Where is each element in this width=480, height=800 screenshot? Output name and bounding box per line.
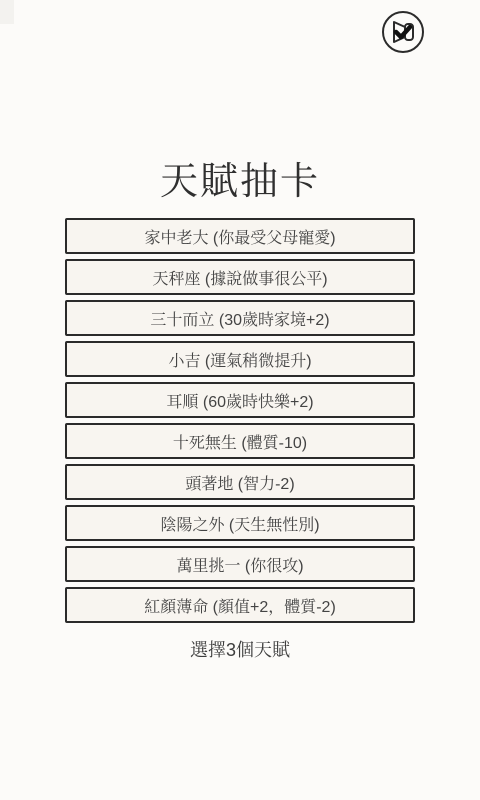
talent-label: 萬里挑一 (你很攻) <box>176 553 303 576</box>
talent-draw-screen: 天賦抽卡 家中老大 (你最受父母寵愛) 天秤座 (據說做事很公平) 三十而立 (… <box>0 0 480 800</box>
talent-label: 頭著地 (智力-2) <box>185 471 294 494</box>
talent-card[interactable]: 耳順 (60歲時快樂+2) <box>65 382 415 418</box>
talent-list: 家中老大 (你最受父母寵愛) 天秤座 (據說做事很公平) 三十而立 (30歲時家… <box>65 218 415 623</box>
talent-label: 小吉 (運氣稍微提升) <box>168 348 311 371</box>
talent-label: 天秤座 (據說做事很公平) <box>152 266 327 289</box>
talent-card[interactable]: 十死無生 (體質-10) <box>65 423 415 459</box>
talent-card[interactable]: 家中老大 (你最受父母寵愛) <box>65 218 415 254</box>
talent-card[interactable]: 頭著地 (智力-2) <box>65 464 415 500</box>
talent-card[interactable]: 萬里挑一 (你很攻) <box>65 546 415 582</box>
page-title: 天賦抽卡 <box>0 150 480 205</box>
talent-label: 十死無生 (體質-10) <box>173 430 307 453</box>
talent-card[interactable]: 小吉 (運氣稍微提升) <box>65 341 415 377</box>
selection-hint: 選擇3個天賦 <box>0 636 480 662</box>
talent-card[interactable]: 天秤座 (據說做事很公平) <box>65 259 415 295</box>
sound-toggle-button[interactable] <box>381 10 425 54</box>
talent-label: 三十而立 (30歲時家境+2) <box>150 307 329 330</box>
talent-label: 陰陽之外 (天生無性別) <box>160 512 319 535</box>
talent-card[interactable]: 陰陽之外 (天生無性別) <box>65 505 415 541</box>
talent-label: 家中老大 (你最受父母寵愛) <box>144 225 335 248</box>
talent-card[interactable]: 三十而立 (30歲時家境+2) <box>65 300 415 336</box>
talent-label: 耳順 (60歲時快樂+2) <box>166 389 313 412</box>
talent-card[interactable]: 紅顏薄命 (顏值+2，體質-2) <box>65 587 415 623</box>
corner-artifact <box>0 0 14 24</box>
speaker-check-icon <box>381 10 425 54</box>
talent-label: 紅顏薄命 (顏值+2，體質-2) <box>144 594 336 617</box>
